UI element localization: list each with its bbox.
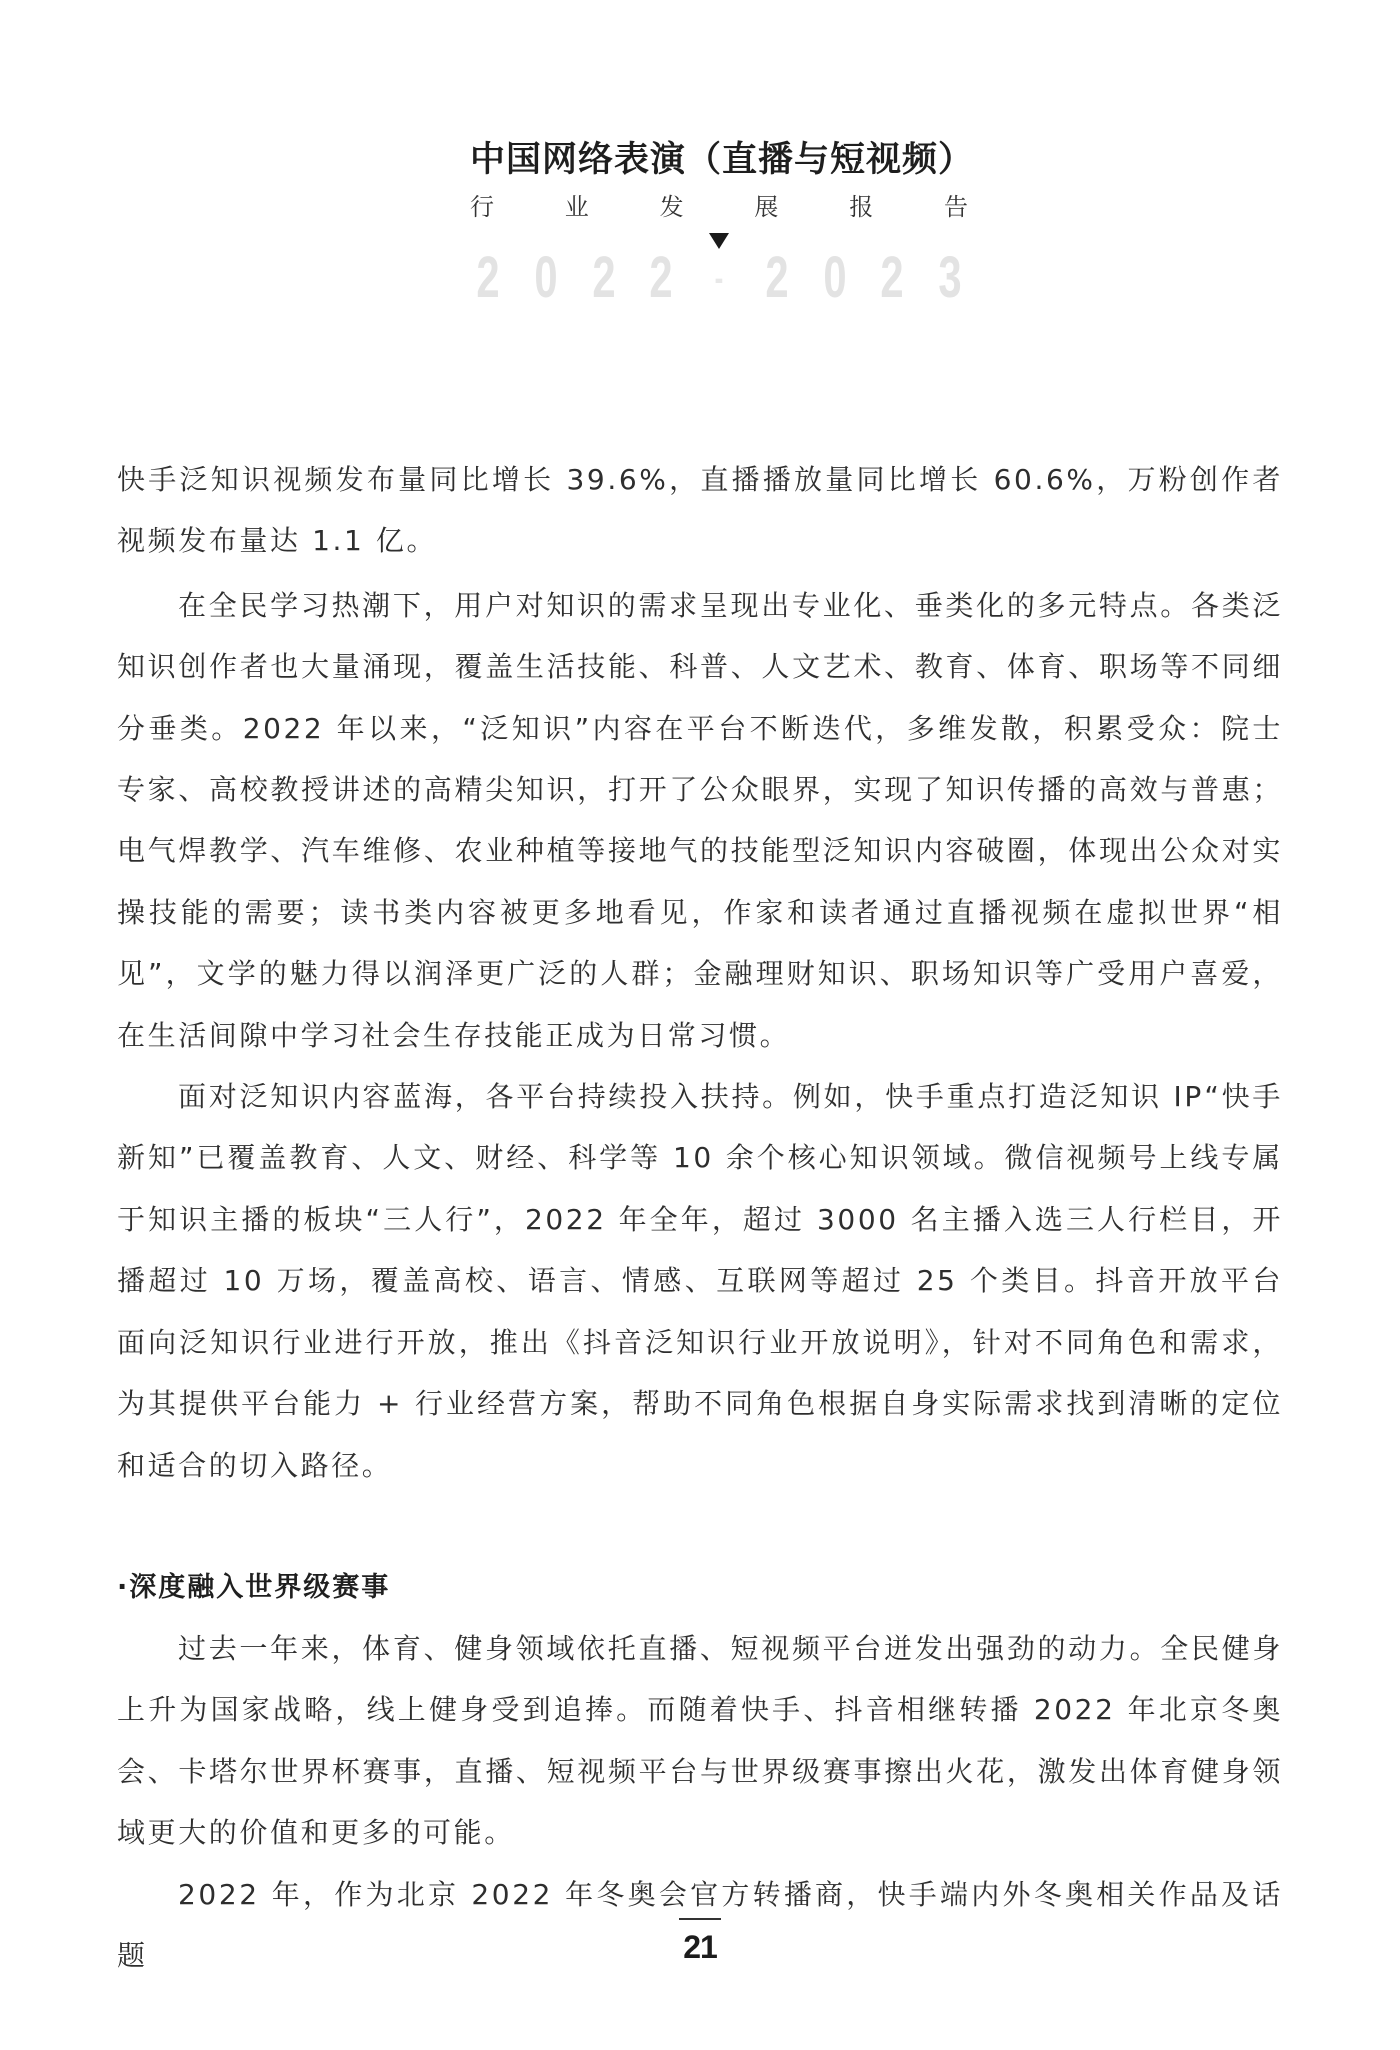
paragraph: 快手泛知识视频发布量同比增长 39.6%，直播播放量同比增长 60.6%，万粉创… [117,449,1283,572]
year-separator: - [706,250,732,306]
report-years: 2 0 2 2 - 2 0 2 3 [470,250,968,306]
page-footer: 21 [660,1918,740,1964]
section-heading: ·深度融入世界级赛事 [117,1557,1283,1618]
page-number: 21 [660,1930,740,1964]
paragraph: 在全民学习热潮下，用户对知识的需求呈现出专业化、垂类化的多元特点。各类泛知识创作… [117,575,1283,1066]
subtitle-char: 报 [849,192,873,222]
year-digit: 2 [591,250,617,306]
report-subtitle: 行 业 发 展 报 告 [470,192,968,222]
year-digit: 3 [937,250,963,306]
subtitle-char: 发 [660,192,684,222]
subtitle-char: 行 [470,192,494,222]
year-digit: 0 [533,250,559,306]
paragraph: 面对泛知识内容蓝海，各平台持续投入扶持。例如，快手重点打造泛知识 IP“快手新知… [117,1066,1283,1496]
year-digit: 0 [822,250,848,306]
subtitle-char: 业 [565,192,589,222]
paragraph: 过去一年来，体育、健身领域依托直播、短视频平台迸发出强劲的动力。全民健身上升为国… [117,1618,1283,1864]
year-digit: 2 [879,250,905,306]
article-body: 快手泛知识视频发布量同比增长 39.6%，直播播放量同比增长 60.6%，万粉创… [117,449,1283,1986]
page-number-rule [679,1918,721,1920]
down-triangle-icon [709,233,729,249]
report-header: 中国网络表演（直播与短视频） 行 业 发 展 报 告 2 0 2 2 - 2 0… [470,138,968,222]
subtitle-char: 告 [944,192,968,222]
year-digit: 2 [648,250,674,306]
subtitle-char: 展 [754,192,778,222]
year-digit: 2 [764,250,790,306]
year-digit: 2 [475,250,501,306]
report-title: 中国网络表演（直播与短视频） [470,138,968,182]
